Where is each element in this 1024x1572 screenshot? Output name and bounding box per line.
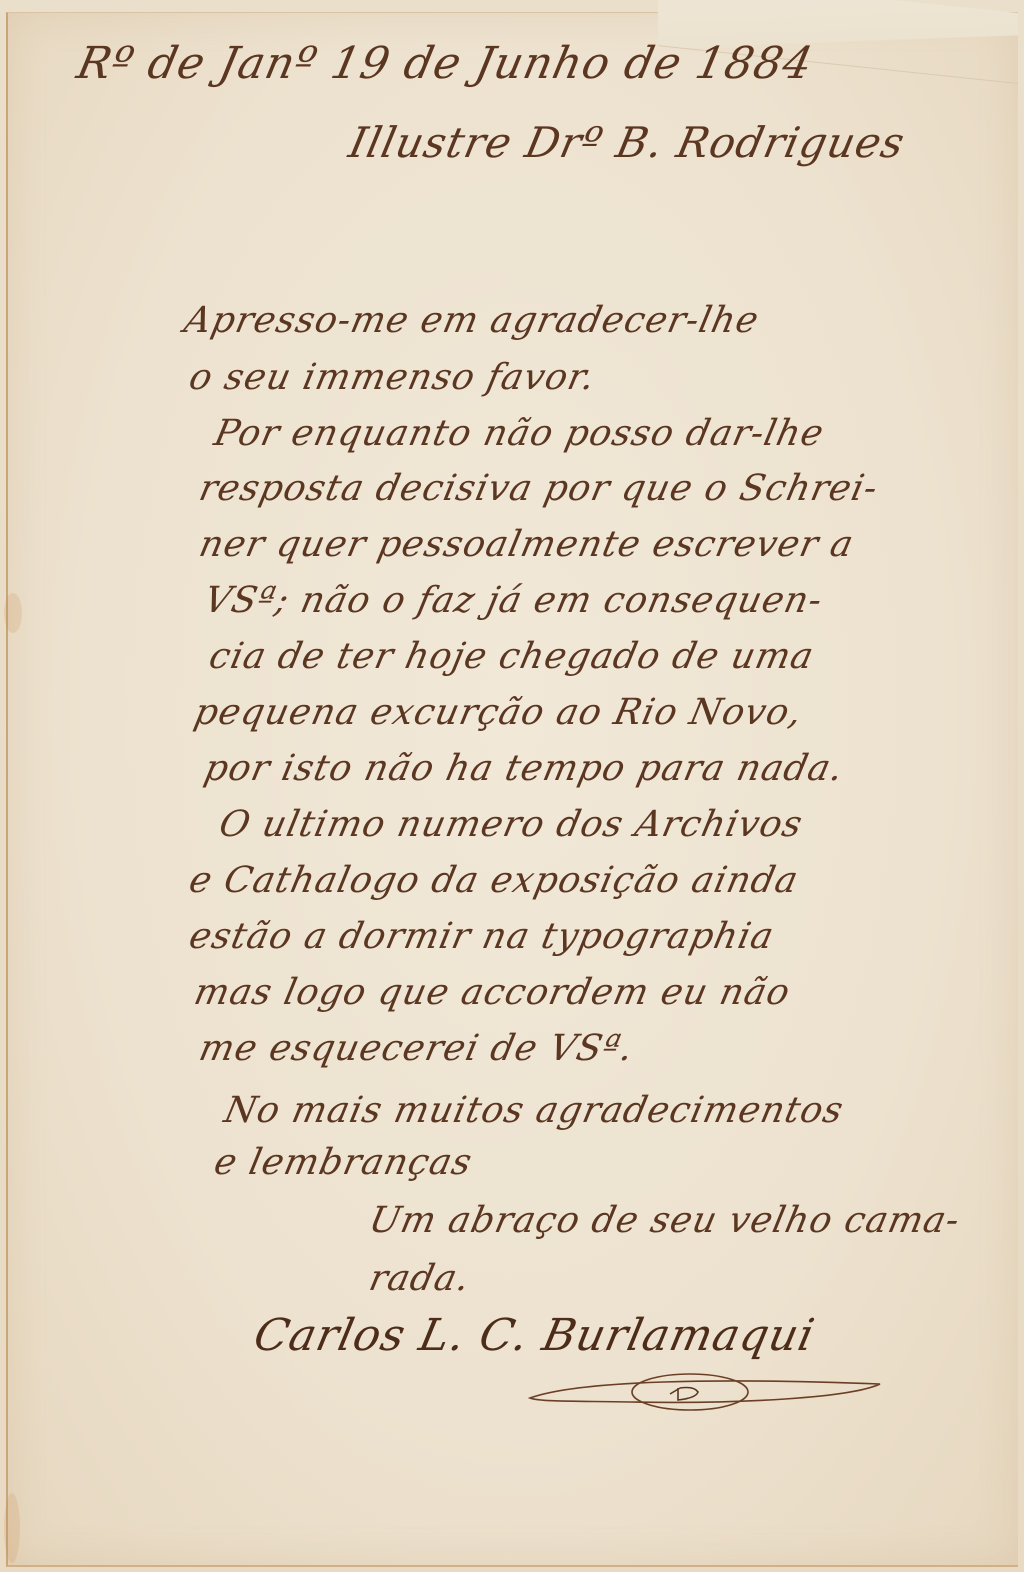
body-line: me esquecerei de VSª. bbox=[196, 1028, 638, 1069]
body-line: por isto não ha tempo para nada. bbox=[201, 748, 848, 789]
body-line: Apresso-me em agradecer-lhe bbox=[181, 300, 763, 341]
signature: Carlos L. C. Burlamaqui bbox=[250, 1310, 820, 1361]
closing-line: rada. bbox=[366, 1258, 474, 1299]
body-line: mas logo que accordem eu não bbox=[191, 972, 794, 1013]
letter-date-line: Rº de Janº 19 de Junho de 1884 bbox=[73, 38, 818, 89]
body-line: No mais muitos agradecimentos bbox=[221, 1090, 848, 1131]
body-line: resposta decisiva por que o Schrei- bbox=[196, 468, 882, 509]
body-line: e Cathalogo da exposição ainda bbox=[186, 860, 803, 901]
body-line: o seu immenso favor. bbox=[186, 357, 600, 398]
foxing-stain bbox=[4, 1493, 20, 1563]
body-line: pequena excurção ao Rio Novo, bbox=[191, 692, 807, 733]
body-line: ner quer pessoalmente escrever a bbox=[196, 524, 858, 565]
closing-line: Um abraço de seu velho cama- bbox=[366, 1200, 964, 1241]
body-line: VSª; não o faz já em consequen- bbox=[201, 580, 827, 621]
body-line: estão a dormir na typographia bbox=[186, 916, 778, 957]
body-line: e lembranças bbox=[211, 1142, 476, 1183]
body-line: Por enquanto não posso dar-lhe bbox=[211, 413, 828, 454]
foxing-stain bbox=[4, 593, 22, 633]
body-line: cia de ter hoje chegado de uma bbox=[206, 636, 818, 677]
body-line: O ultimo numero dos Archivos bbox=[216, 804, 807, 845]
signature-flourish-icon bbox=[520, 1368, 890, 1412]
letter-salutation: Illustre Drº B. Rodrigues bbox=[345, 118, 910, 167]
